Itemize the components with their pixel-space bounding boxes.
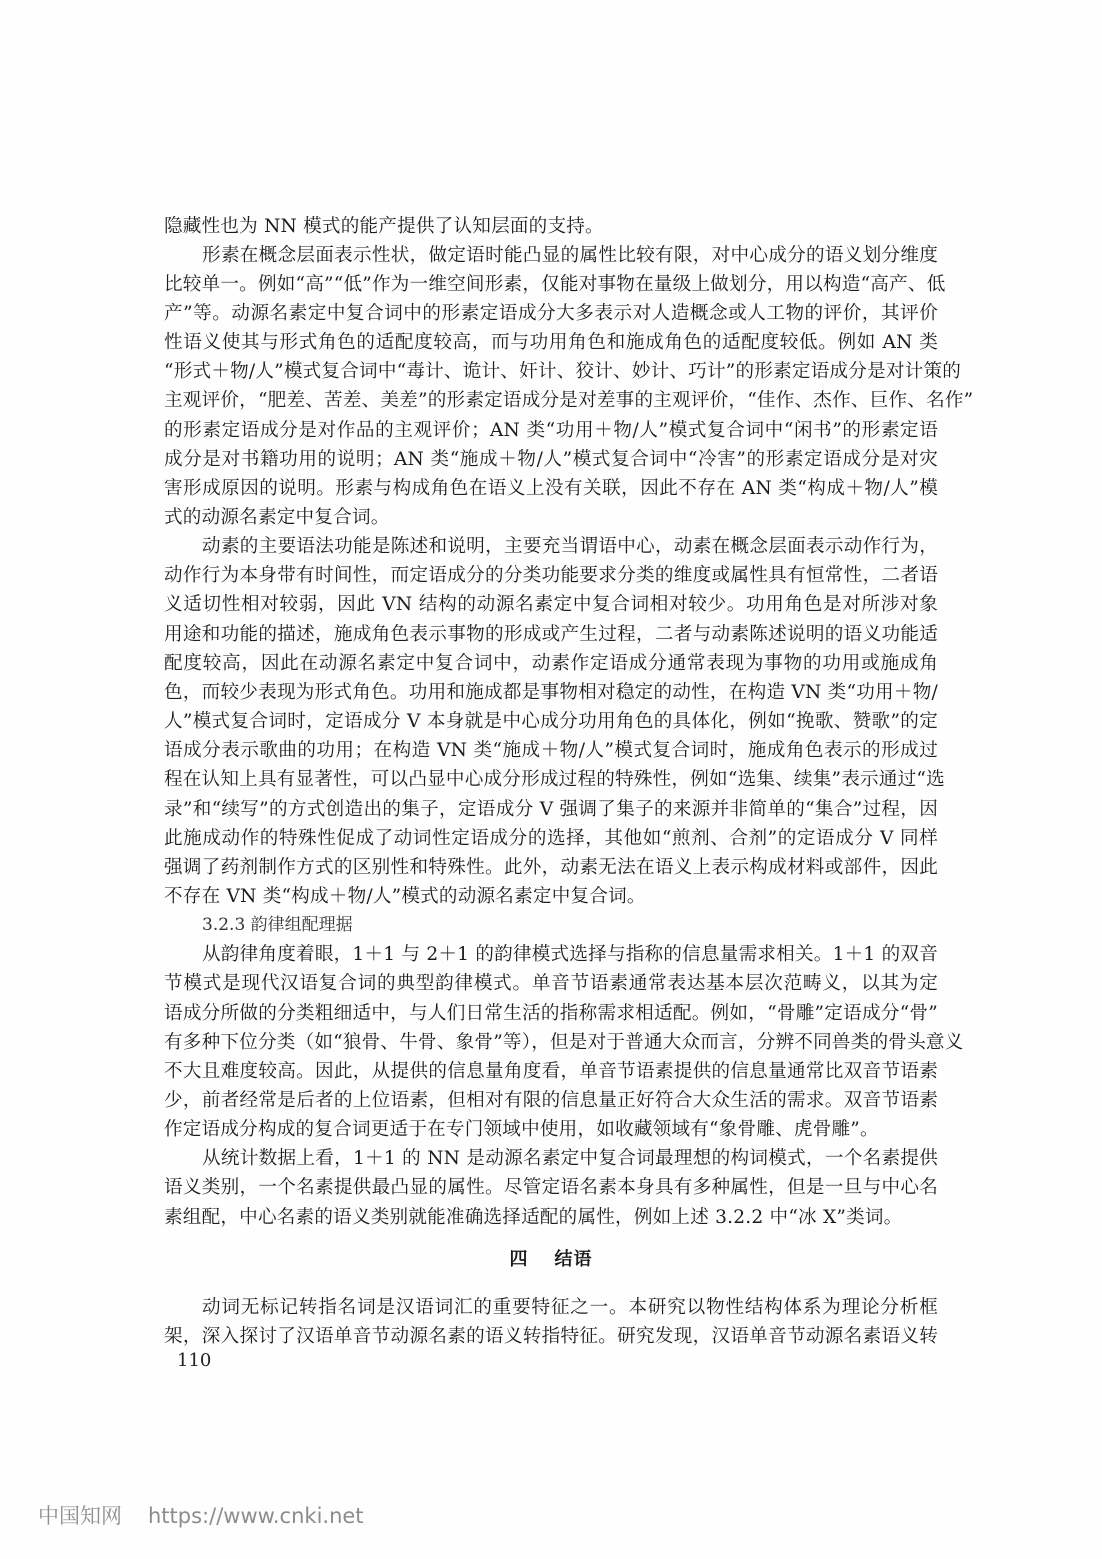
- text-line: 色，而较少表现为形式角色。功用和施成都是事物相对稳定的动性，在构造 VN 类“功…: [164, 678, 938, 707]
- text-line: 语义类别，一个名素提供最凸显的属性。尽管定语名素本身具有多种属性，但是一旦与中心…: [164, 1173, 938, 1202]
- text-line: 不大且难度较高。因此，从提供的信息量角度看，单音节语素提供的信息量通常比双音节语…: [164, 1057, 938, 1086]
- text-line: 录”和“续写”的方式创造出的集子，定语成分 V 强调了集子的来源并非简单的“集合…: [164, 795, 938, 824]
- text-line: 的形素定语成分是对作品的主观评价；AN 类“功用＋物/人”模式复合词中“闲书”的…: [164, 416, 938, 445]
- subsection-heading: 3.2.3 韵律组配理据: [202, 911, 353, 940]
- text-line: 有多种下位分类（如“狼骨、牛骨、象骨”等），但是对于普通大众而言，分辨不同兽类的…: [164, 1028, 938, 1057]
- text-line: 动词无标记转指名词是汉语词汇的重要特征之一。本研究以物性结构体系为理论分析框: [202, 1293, 938, 1322]
- text-line: 语成分表示歌曲的功用；在构造 VN 类“施成＋物/人”模式复合词时，施成角色表示…: [164, 736, 938, 765]
- text-line: 成分是对书籍功用的说明；AN 类“施成＋物/人”模式复合词中“冷害”的形素定语成…: [164, 445, 938, 474]
- text-line: 语成分所做的分类粗细适中，与人们日常生活的指称需求相适配。例如，“骨雕”定语成分…: [164, 999, 938, 1028]
- section-title-text: 结语: [555, 1249, 593, 1270]
- text-line: 配度较高，因此在动源名素定中复合词中，动素作定语成分通常表现为事物的功用或施成角: [164, 649, 938, 678]
- text-line: 从统计数据上看，1＋1 的 NN 是动源名素定中复合词最理想的构词模式，一个名素…: [202, 1144, 938, 1173]
- text-line: 从韵律角度着眼，1＋1 与 2＋1 的韵律模式选择与指称的信息量需求相关。1＋1…: [202, 940, 938, 969]
- text-line: 动素的主要语法功能是陈述和说明，主要充当谓语中心，动素在概念层面表示动作行为，: [202, 532, 938, 561]
- text-line: 用途和功能的描述，施成角色表示事物的形成或产生过程，二者与动素陈述说明的语义功能…: [164, 620, 938, 649]
- text-line: 害形成原因的说明。形素与构成角色在语义上没有关联，因此不存在 AN 类“构成＋物…: [164, 474, 938, 503]
- text-line: 隐藏性也为 NN 模式的能产提供了认知层面的支持。: [164, 212, 938, 241]
- text-line: “形式＋物/人”模式复合词中“毒计、诡计、奸计、狡计、妙计、巧计”的形素定语成分…: [164, 357, 938, 386]
- text-line: 素组配，中心名素的语义类别就能准确选择适配的属性，例如上述 3.2.2 中“冰 …: [164, 1203, 938, 1232]
- text-line: 人”模式复合词时，定语成分 V 本身就是中心成分功用角色的具体化，例如“挽歌、赞…: [164, 707, 938, 736]
- text-line: 式的动源名素定中复合词。: [164, 503, 938, 532]
- text-line: 形素在概念层面表示性状，做定语时能凸显的属性比较有限，对中心成分的语义划分维度: [202, 241, 938, 270]
- text-line: 此施成动作的特殊性促成了动词性定语成分的选择，其他如“煎剂、合剂”的定语成分 V…: [164, 824, 938, 853]
- section-heading: 四结语: [0, 1245, 1102, 1271]
- document-page: 隐藏性也为 NN 模式的能产提供了认知层面的支持。形素在概念层面表示性状，做定语…: [0, 0, 1102, 1559]
- text-line: 主观评价，“肥差、苦差、美差”的形素定语成分是对差事的主观评价，“佳作、杰作、巨…: [164, 386, 938, 415]
- text-line: 动作行为本身带有时间性，而定语成分的分类功能要求分类的维度或属性具有恒常性，二者…: [164, 561, 938, 590]
- text-line: 不存在 VN 类“构成＋物/人”模式的动源名素定中复合词。: [164, 882, 938, 911]
- section-number: 四: [510, 1249, 529, 1270]
- text-line: 强调了药剂制作方式的区别性和特殊性。此外，动素无法在语义上表示构成材料或部件，因…: [164, 853, 938, 882]
- page-number: 110: [177, 1350, 211, 1371]
- watermark-url: https://www.cnki.net: [148, 1504, 364, 1528]
- text-line: 架，深入探讨了汉语单音节动源名素的语义转指特征。研究发现，汉语单音节动源名素语义…: [164, 1322, 938, 1351]
- text-line: 产”等。动源名素定中复合词中的形素定语成分大多表示对人造概念或人工物的评价，其评…: [164, 299, 938, 328]
- text-line: 节模式是现代汉语复合词的典型韵律模式。单音节语素通常表达基本层次范畴义，以其为定: [164, 969, 938, 998]
- watermark-brand: 中国知网: [38, 1504, 122, 1528]
- text-line: 少，前者经常是后者的上位语素，但相对有限的信息量正好符合大众生活的需求。双音节语…: [164, 1086, 938, 1115]
- text-line: 比较单一。例如“高”“低”作为一维空间形素，仅能对事物在量级上做划分，用以构造“…: [164, 270, 938, 299]
- text-line: 义适切性相对较弱，因此 VN 结构的动源名素定中复合词相对较少。功用角色是对所涉…: [164, 590, 938, 619]
- text-line: 程在认知上具有显著性，可以凸显中心成分形成过程的特殊性，例如“选集、续集”表示通…: [164, 765, 938, 794]
- text-line: 作定语成分构成的复合词更适于在专门领域中使用，如收藏领域有“象骨雕、虎骨雕”。: [164, 1115, 938, 1144]
- text-line: 性语义使其与形式角色的适配度较高，而与功用角色和施成角色的适配度较低。例如 AN…: [164, 328, 938, 357]
- watermark: 中国知网https://www.cnki.net: [38, 1500, 364, 1530]
